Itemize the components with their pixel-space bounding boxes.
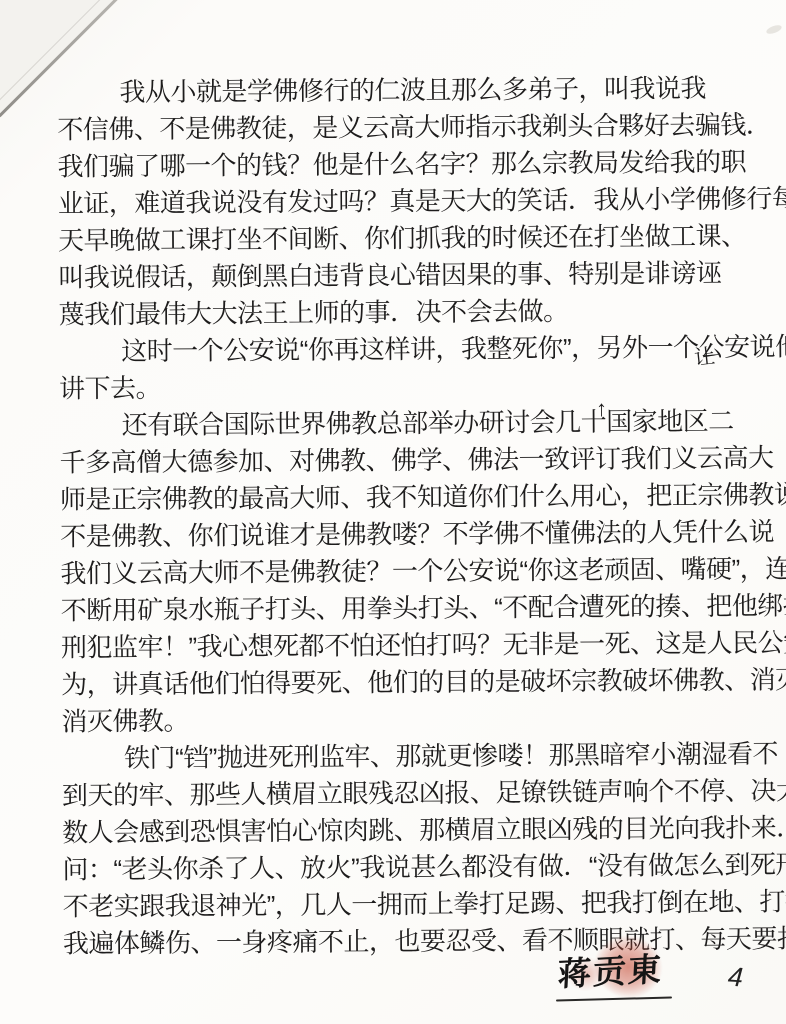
handwritten-line: 蔑我们最伟大大法王上师的事．决不会去做。 [58, 292, 770, 334]
handwritten-line: 还有联合国际世界佛教总部举办研讨会几十国家地区二 [59, 403, 771, 445]
signature: 蒋贡東 [557, 943, 665, 995]
handwritten-line: 消灭佛教。 [61, 699, 773, 741]
handwritten-line: 铁门“铛”抛进死刑监牢、那就更惨喽！那黑暗窄小潮湿看不 [62, 736, 774, 778]
handwritten-line: 到天的牢、那些人横眉立眼残忍凶报、足镣铁链声响个不停、决大多 [62, 773, 774, 815]
handwritten-line: 讲下去。 [59, 366, 771, 408]
scan-artifact [765, 23, 782, 35]
handwritten-line: 叫我说假话，颠倒黑白违背良心错因果的事、特别是诽谤诬 [58, 255, 770, 297]
insertion-caret-mark: ↑ [596, 396, 607, 422]
handwritten-line: 不老实跟我退神光”，几人一拥而上拳打足踢、把我打倒在地、打得 [63, 884, 775, 926]
handwritten-line: 业证，难道我说没有发过吗？真是天大的笑话．我从小学佛修行每 [58, 181, 770, 223]
page-number: 4 [727, 962, 744, 994]
handwritten-line: 我们义云高大师不是佛教徒？一个公安说“你这老顽固、嘴硬”，连说 [60, 551, 772, 593]
handwritten-line: 不信佛、不是佛教徒，是义云高大师指示我剃头合夥好去骗钱． [57, 107, 769, 149]
handwritten-line: 数人会感到恐惧害怕心惊肉跳、那横眉立眼凶残的目光向我扑来． [62, 810, 774, 852]
inserted-character: 让 [692, 340, 716, 372]
handwritten-line: 这时一个公安说“你再这样讲，我整死你”，另外一个公安说他 [59, 329, 771, 371]
handwritten-line: 我从小就是学佛修行的仁波且那么多弟子，叫我说我 [57, 70, 769, 112]
handwritten-line: 不断用矿泉水瓶子打头、用拳头打头、“不配合遭死的揍、把他绑押死 [61, 588, 773, 630]
handwritten-line: 问：“老头你杀了人、放火”我说甚么都没有做．“没有做怎么到死刑犯？ [62, 847, 774, 889]
handwritten-line: 我们骗了哪一个的钱？他是什么名字？那么宗教局发给我的职 [57, 144, 769, 186]
handwritten-line: 为，讲真话他们怕得要死、他们的目的是破坏宗教破坏佛教、消灭宗教 [61, 662, 773, 704]
handwritten-line: 千多高僧大德参加、对佛教、佛学、佛法一致评订我们义云高大 [59, 440, 771, 482]
scanned-page: 我从小就是学佛修行的仁波且那么多弟子，叫我说我不信佛、不是佛教徒，是义云高大师指… [0, 0, 786, 1024]
handwritten-line: 师是正宗佛教的最高大师、我不知道你们什么用心，把正宗佛教说成 [60, 477, 772, 519]
handwritten-line: 不是佛教、你们说谁才是佛教喽？不学佛不懂佛法的人凭什么说 [60, 514, 772, 556]
text-block: 我从小就是学佛修行的仁波且那么多弟子，叫我说我不信佛、不是佛教徒，是义云高大师指… [57, 70, 775, 963]
handwritten-line: 天早晚做工课打坐不间断、你们抓我的时候还在打坐做工课、 [58, 218, 770, 260]
handwritten-line: 刑犯监牢！”我心想死都不怕还怕打吗？无非是一死、这是人民公安的行 [61, 625, 773, 667]
